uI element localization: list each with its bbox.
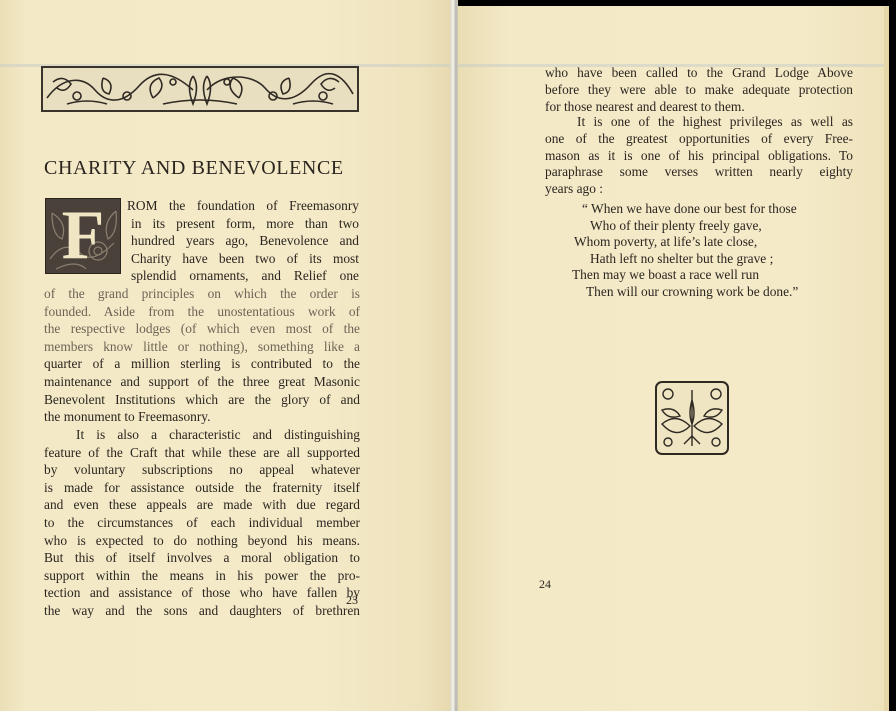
right-paragraph-1: who have been called to the Grand Lodge … bbox=[545, 65, 853, 115]
text-line: Charity have been two of its most bbox=[131, 250, 359, 268]
text-line: to the circumstances of each individual … bbox=[44, 514, 360, 532]
text-line: quarter of a million sterling is contrib… bbox=[44, 355, 360, 373]
text-line: for those nearest and dearest to them. bbox=[545, 99, 853, 116]
text-line: mason as it is one of his principal obli… bbox=[545, 148, 853, 165]
text-line: paraphrase some verses written nearly ei… bbox=[545, 164, 853, 181]
text-line: the monument to Freemasonry. bbox=[44, 408, 360, 426]
verse-line: Whom poverty, at life’s late close, bbox=[572, 234, 852, 251]
text-line: who is expected to do nothing beyond his… bbox=[44, 532, 360, 550]
text-line: and even these appeals are made with due… bbox=[44, 496, 360, 514]
text-line: ROM the foundation of Freemasonry bbox=[127, 197, 359, 215]
text-line: before they were able to make adequate p… bbox=[545, 82, 853, 99]
text-line: is made for assistance outside the frate… bbox=[44, 479, 360, 497]
floral-header-ornament-icon bbox=[41, 66, 359, 112]
chapter-title: CHARITY AND BENEVOLENCE bbox=[44, 157, 364, 180]
text-line: hundred years ago, Benevolence and bbox=[131, 232, 359, 250]
text-line: members know little or nothing), somethi… bbox=[44, 338, 360, 356]
verse-line: Hath left no shelter but the grave ; bbox=[572, 251, 852, 268]
text-line: in its present form, more than two bbox=[131, 215, 359, 233]
text-line: of the grand principles on which the ord… bbox=[44, 285, 360, 303]
page-number-right: 24 bbox=[539, 577, 551, 592]
text-line: the way and the sons and daughters of br… bbox=[44, 602, 360, 620]
text-line: But this of itself involves a moral obli… bbox=[44, 549, 360, 567]
paragraph-2: It is also a characteristic and distingu… bbox=[44, 426, 360, 620]
paragraph-1: of the grand principles on which the ord… bbox=[44, 285, 360, 426]
verse-line: Then may we boast a race well run bbox=[572, 267, 852, 284]
book-spread: CHARITY AND BENEVOLENCE F ROM the founda… bbox=[0, 0, 896, 711]
illuminated-drop-cap: F bbox=[45, 198, 121, 274]
paragraph-1-wrapped: ROM the foundation of Freemasonry in its… bbox=[131, 197, 359, 285]
page-number-left: 23 bbox=[346, 593, 358, 608]
drop-cap-letter: F bbox=[46, 199, 120, 273]
verse-line: Who of their plenty freely gave, bbox=[572, 218, 852, 235]
text-line: It is also a characteristic and distingu… bbox=[44, 426, 360, 444]
text-line: years ago : bbox=[545, 181, 853, 198]
floral-tailpiece-ornament-icon bbox=[654, 380, 730, 456]
verse-line: Then will our crowning work be done.” bbox=[572, 284, 852, 301]
text-line: Benevolent Institutions which are the gl… bbox=[44, 391, 360, 409]
text-line: one of the greatest opportunities of eve… bbox=[545, 131, 853, 148]
verse-line: “ When we have done our best for those bbox=[572, 201, 852, 218]
text-line: the respective lodges (of which even mos… bbox=[44, 320, 360, 338]
text-line: splendid ornaments, and Relief one bbox=[131, 267, 359, 285]
text-line: who have been called to the Grand Lodge … bbox=[545, 65, 853, 82]
quoted-verse: “ When we have done our best for those W… bbox=[572, 201, 852, 301]
right-paragraph-2: It is one of the highest privileges as w… bbox=[545, 114, 853, 198]
text-line: It is one of the highest privileges as w… bbox=[545, 114, 853, 131]
text-line: maintenance and support of the three gre… bbox=[44, 373, 360, 391]
book-gutter bbox=[450, 0, 458, 711]
page-edge bbox=[884, 6, 889, 711]
text-line: support within the means in his power th… bbox=[44, 567, 360, 585]
text-line: founded. Aside from the unostentatious w… bbox=[44, 303, 360, 321]
text-line: tection and assistance of those who have… bbox=[44, 584, 360, 602]
text-line: by voluntary subscriptions no appeal wha… bbox=[44, 461, 360, 479]
text-line: feature of the Craft that while these ar… bbox=[44, 444, 360, 462]
